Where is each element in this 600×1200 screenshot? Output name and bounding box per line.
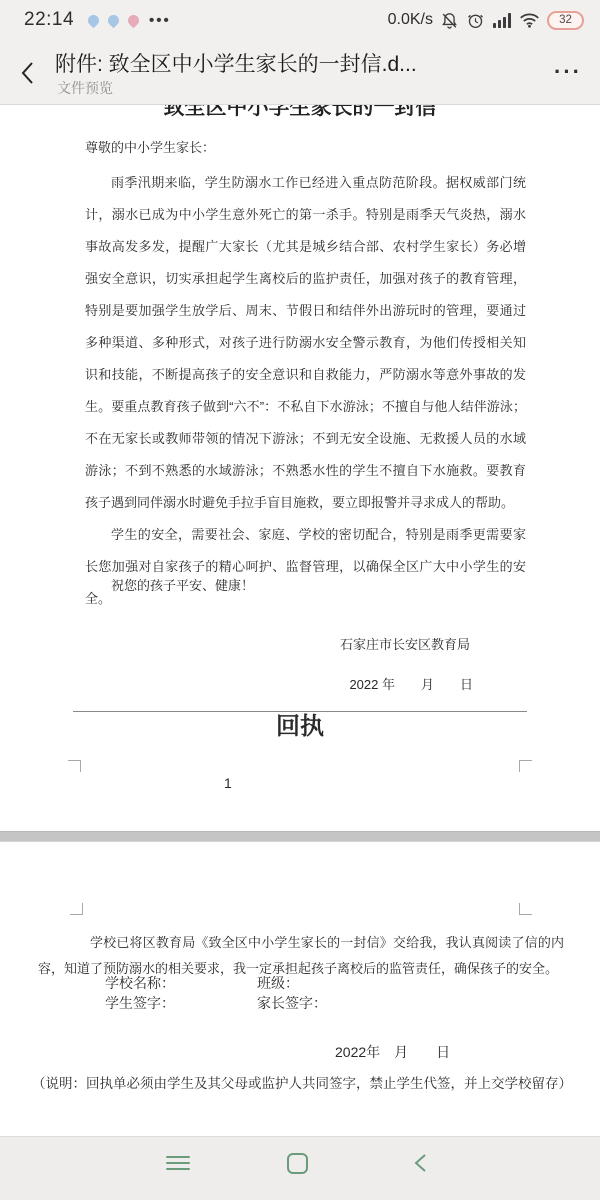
- class-field-label: 班级：: [257, 974, 299, 992]
- salutation-line: 尊敬的中小学生家长：: [85, 140, 215, 156]
- signal-bars-icon: [492, 12, 512, 29]
- margin-crop-mark: [68, 760, 81, 772]
- app-notification-icon: [126, 12, 142, 28]
- document-preview-scroll-area[interactable]: 致全区中小学生家长的一封信 尊敬的中小学生家长： 雨季汛期来临，学生防溺水工作已…: [0, 105, 600, 1136]
- page-separator: [0, 831, 600, 842]
- battery-percent-text: 32: [559, 14, 572, 26]
- nav-menu-button[interactable]: [158, 1150, 198, 1176]
- nav-back-button[interactable]: [400, 1150, 440, 1176]
- page-title: 附件: 致全区中小学生家长的一封信.d...: [55, 48, 515, 78]
- battery-icon: 32: [547, 11, 584, 30]
- parent-signature-field-label: 家长签字：: [257, 994, 327, 1012]
- margin-crop-mark: [519, 903, 532, 915]
- signature-line: 石家庄市长安区教育局: [85, 635, 470, 655]
- network-speed-text: 0.0K/s: [388, 11, 433, 29]
- clock-text: 22:14: [24, 9, 74, 31]
- more-notifications-icon: •••: [149, 12, 171, 29]
- back-button[interactable]: [12, 57, 42, 89]
- document-title-clipped: 致全区中小学生家长的一封信: [0, 105, 600, 129]
- app-notification-icon: [86, 12, 102, 28]
- page-number: 1: [224, 775, 232, 791]
- receipt-date-line: 2022年 月 日: [335, 1043, 450, 1061]
- student-signature-field-label: 学生签字：: [105, 994, 175, 1012]
- closing-wish-line: 祝您的孩子平安、健康！: [111, 573, 254, 599]
- school-name-field-label: 学校名称：: [105, 974, 175, 992]
- receipt-heading: 回执: [0, 712, 600, 742]
- home-square-icon: [287, 1153, 308, 1174]
- page-subtitle: 文件预览: [57, 78, 113, 98]
- bell-slash-icon: [440, 11, 459, 30]
- chevron-left-icon: [413, 1151, 427, 1175]
- nav-home-button[interactable]: [277, 1150, 317, 1176]
- alarm-clock-icon: [466, 11, 485, 30]
- fields-row-2: 学生签字： 家长签字：: [0, 994, 600, 1012]
- notification-icons: [88, 15, 139, 26]
- date-line: 2022 年 月 日: [85, 675, 473, 695]
- chevron-left-icon: [21, 61, 34, 85]
- more-menu-button[interactable]: ···: [554, 62, 582, 82]
- status-bar: 22:14 ••• 0.0K/s 32: [0, 0, 600, 40]
- receipt-note-line: （说明：回执单必须由学生及其父母或监护人共同签字，禁止学生代签，并上交学校留存）: [32, 1075, 592, 1093]
- document-title: 致全区中小学生家长的一封信: [0, 105, 600, 127]
- letter-paragraph-1: 雨季汛期来临，学生防溺水工作已经进入重点防范阶段。据权威部门统计，溺水已成为中小…: [85, 167, 526, 519]
- app-notification-icon: [106, 12, 122, 28]
- document-page-2: 学校已将区教育局《致全区中小学生家长的一封信》交给我，我认真阅读了信的内容，知道…: [0, 842, 600, 1136]
- document-page-1: 致全区中小学生家长的一封信 尊敬的中小学生家长： 雨季汛期来临，学生防溺水工作已…: [0, 105, 600, 831]
- margin-crop-mark: [519, 760, 532, 772]
- phone-screen: 22:14 ••• 0.0K/s 32: [0, 0, 600, 1200]
- fields-row-1: 学校名称： 班级：: [0, 974, 600, 992]
- app-header: 附件: 致全区中小学生家长的一封信.d... 文件预览 ···: [0, 40, 600, 105]
- letter-paragraph-2: 学生的安全，需要社会、家庭、学校的密切配合，特别是雨季更需要家长您加强对自家孩子…: [85, 519, 526, 615]
- hamburger-icon: [166, 1152, 190, 1174]
- system-nav-bar: [0, 1136, 600, 1200]
- margin-crop-mark: [70, 903, 83, 915]
- wifi-icon: [519, 12, 540, 28]
